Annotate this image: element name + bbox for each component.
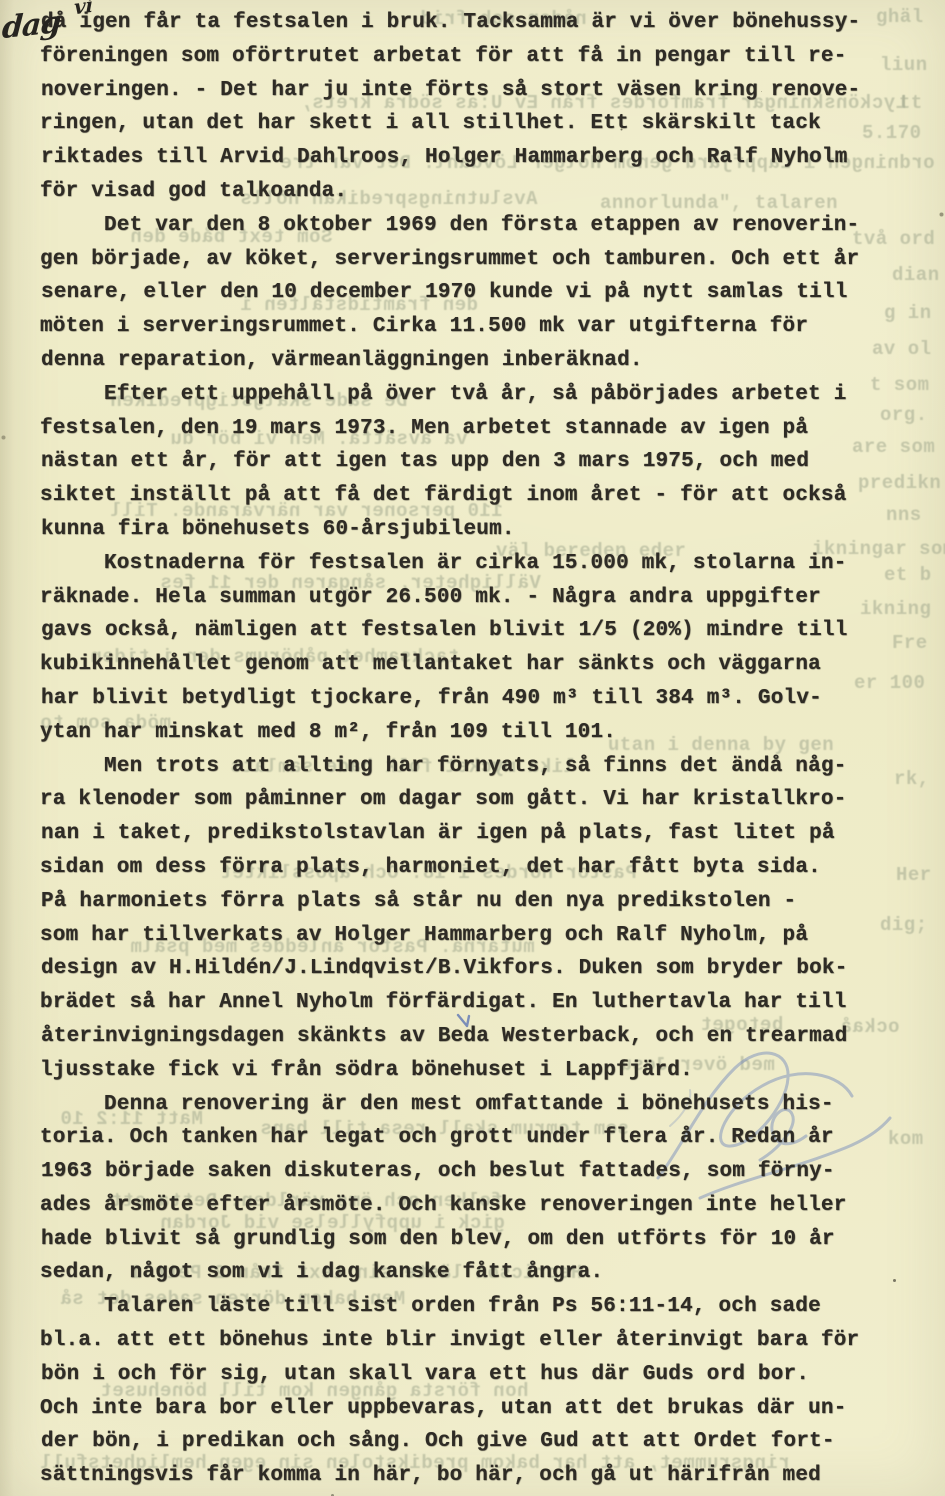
text-line: sidan om dess förra plats, harmoniet, de… (40, 851, 945, 885)
text-line: kubikinnehållet genom att mellantaket ha… (40, 648, 945, 682)
handwritten-margin-word: dag (1, 5, 62, 47)
text-line: siktet inställt på att få det färdigt in… (40, 479, 945, 513)
text-line: ra klenoder som påminner om dagar som gå… (40, 783, 945, 817)
text-line: der bön, i predikan och sång. Och give G… (41, 1425, 945, 1459)
text-line: föreningen som oförtrutet arbetat för at… (40, 40, 945, 74)
text-line: Talaren läste till sist orden från Ps 56… (41, 1290, 945, 1324)
text-line: riktades till Arvid Dahlroos, Holger Ham… (41, 141, 945, 175)
handwritten-insert-word: vi (74, 0, 93, 19)
paragraph: Efter ett uppehåll på över två år, så på… (40, 378, 945, 547)
text-line: gavs också, nämligen att festsalen blivi… (41, 614, 945, 648)
paragraph: då igen får ta festsalen i bruk. Tacksam… (40, 6, 945, 209)
text-line: denna reparation, värmeanläggningen inbe… (41, 344, 945, 378)
paragraph: Denna renovering är den mest omfattande … (40, 1088, 945, 1291)
text-line: bl.a. att ett bönehus inte blir invigt e… (40, 1324, 945, 1358)
text-line: som har tillverkats av Holger Hammarberg… (40, 919, 945, 953)
text-line: senare, eller den 10 december 1970 kunde… (41, 276, 945, 310)
text-line: Efter ett uppehåll på över två år, så på… (41, 378, 945, 412)
paragraph: Men trots att allting har förnyats, så f… (40, 750, 945, 1088)
text-line: festsalen, den 19 mars 1973. Men arbetet… (40, 412, 945, 446)
paragraph: Talaren läste till sist orden från Ps 56… (40, 1290, 945, 1493)
text-line: har blivit betydligt tjockare, från 490 … (41, 682, 945, 716)
text-line: kunna fira bönehusets 60-årsjubileum. (41, 513, 945, 547)
text-line: återinvigningsdagen skänkts av Beda West… (41, 1020, 945, 1054)
text-line: Denna renovering är den mest omfattande … (41, 1088, 945, 1122)
document-page: ghälliuntt5.170annorlunda", talarentvå o… (0, 0, 945, 1496)
text-line: gen började, av köket, serveringsrummet … (40, 243, 945, 277)
text-line: På harmoniets förra plats så står nu den… (41, 885, 945, 919)
text-line: sättningsvis får komma in här, bo här, o… (40, 1459, 945, 1493)
text-line: ljusstake fick vi från södra bönehuset i… (40, 1054, 945, 1088)
text-line: räknade. Hela summan utgör 26.500 mk. - … (40, 581, 945, 615)
text-line: design av H.Hildén/J.Lindqvist/B.Vikfors… (41, 952, 945, 986)
text-line: sedan, något som vi i dag kanske fått ån… (40, 1256, 945, 1290)
paragraph: Kostnaderna för festsalen är cirka 15.00… (40, 547, 945, 750)
typewritten-text: då igen får ta festsalen i bruk. Tacksam… (0, 0, 945, 1493)
paragraph: Det var den 8 oktober 1969 den första et… (40, 209, 945, 378)
text-line: 1963 började saken diskuteras, och beslu… (41, 1155, 945, 1189)
text-line: ytan har minskat med 8 m², från 109 till… (40, 716, 945, 750)
text-line: bön i och för sig, utan skall vara ett h… (41, 1358, 945, 1392)
text-line: möten i serveringsrummet. Cirka 11.500 m… (40, 310, 945, 344)
text-line: hade blivit så grundlig som den blev, om… (41, 1223, 945, 1257)
text-line: brädet så har Annel Nyholm förfärdigat. … (40, 986, 945, 1020)
text-line: då igen får ta festsalen i bruk. Tacksam… (41, 6, 945, 40)
text-line: för visad god talkoanda. (40, 175, 945, 209)
text-line: Och inte bara bor eller uppbevaras, utan… (40, 1392, 945, 1426)
text-line: Men trots att allting har förnyats, så f… (41, 750, 945, 784)
text-line: noveringen. - Det har ju inte förts så s… (41, 74, 945, 108)
text-line: Kostnaderna för festsalen är cirka 15.00… (41, 547, 945, 581)
text-line: nästan ett år, för att igen tas upp den … (41, 445, 945, 479)
text-line: toria. Och tanken har legat och grott un… (40, 1121, 945, 1155)
text-line: Det var den 8 oktober 1969 den första et… (41, 209, 945, 243)
text-line: ringen, utan det har skett i all stillhe… (40, 107, 945, 141)
text-line: ades årsmöte efter årsmöte. Och kanske r… (40, 1189, 945, 1223)
text-line: nan i taket, predikstolstavlan är igen p… (41, 817, 945, 851)
